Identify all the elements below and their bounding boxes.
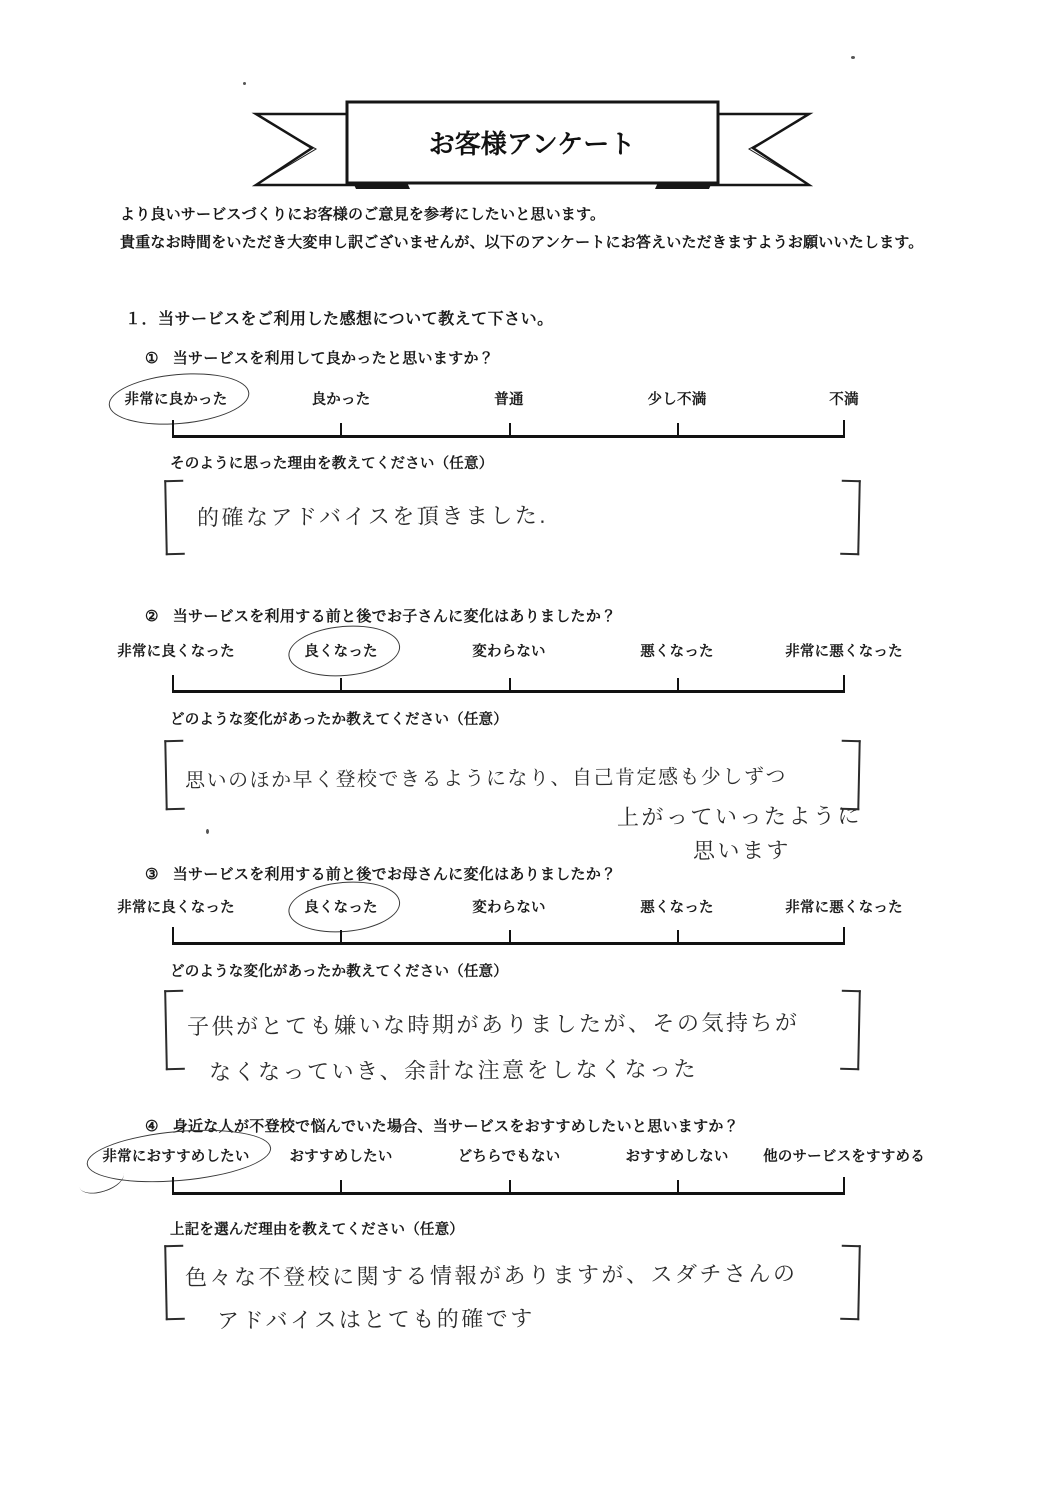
scan-speck [243, 82, 246, 85]
question-2-scale-line [172, 678, 845, 693]
question-1-title: ①当サービスを利用して良かったと思いますか？ [145, 347, 494, 368]
scale-option: 良かった [312, 388, 371, 409]
question-3-scale-options: 非常に良くなった 良くなった 変わらない 悪くなった 非常に悪くなった [0, 896, 1059, 918]
question-2-answer-box: 思いのほか早く登校できるようになり、自己肯定感も少しずつ 上がっていったように … [165, 740, 860, 810]
question-3-text: 当サービスを利用する前と後でお母さんに変化はありましたか？ [173, 866, 617, 883]
scale-option: 非常に良くなった [117, 640, 235, 661]
scale-option-selected: 非常におすすめしたい [102, 1145, 249, 1166]
question-4-text: 身近な人が不登校で悩んでいた場合、当サービスをおすすめしたいと思いますか？ [173, 1118, 739, 1135]
scale-tick [172, 675, 174, 690]
scale-option: おすすめしない [625, 1145, 728, 1166]
scale-tick [843, 1177, 845, 1192]
question-4-comment-prompt: 上記を選んだ理由を教えてください（任意） [170, 1218, 464, 1239]
question-1-comment-prompt: そのように思った理由を教えてください（任意） [170, 452, 493, 473]
question-3-number: ③ [145, 866, 159, 883]
scale-tick [509, 678, 511, 690]
handwritten-answer-line: アドバイスはとても的確です [217, 1302, 535, 1335]
question-1-scale-options: 非常に良かった 良かった 普通 少し不満 不満 [0, 388, 1059, 410]
question-2-scale-options: 非常に良くなった 良くなった 変わらない 悪くなった 非常に悪くなった [0, 640, 1059, 662]
handwritten-answer-line: 思いのほか早く登校できるようになり、自己肯定感も少しずつ [185, 760, 787, 793]
question-1-scale-line [172, 423, 845, 438]
scan-speck [851, 56, 855, 59]
question-2-text: 当サービスを利用する前と後でお子さんに変化はありましたか？ [173, 608, 617, 625]
banner-title: お客様アンケート [429, 129, 635, 159]
question-4-answer-box: 色々な不登校に関する情報がありますが、スダチさんの アドバイスはとても的確です [165, 1245, 860, 1320]
scale-tick [843, 927, 845, 942]
question-2-number: ② [145, 608, 159, 625]
handwritten-answer-line: 的確なアドバイスを頂きました. [197, 499, 548, 532]
question-1-number: ① [145, 350, 159, 367]
scale-option: 少し不満 [648, 388, 707, 409]
scale-tick [843, 675, 845, 690]
scanned-survey-page: お客様アンケート より良いサービスづくりにお客様のご意見を参考にしたいと思います… [0, 0, 1059, 1498]
scale-tick [509, 930, 511, 942]
scale-option: 非常に良くなった [117, 896, 235, 917]
question-4-scale-line [172, 1180, 845, 1195]
scale-tick [509, 1180, 511, 1192]
question-2-title: ②当サービスを利用する前と後でお子さんに変化はありましたか？ [145, 605, 616, 626]
handwritten-answer-line: なくなっていき、余計な注意をしなくなった [209, 1052, 698, 1086]
question-1-answer-box: 的確なアドバイスを頂きました. [165, 480, 860, 555]
banner-ribbon: お客様アンケート [250, 98, 815, 193]
question-1-text: 当サービスを利用して良かったと思いますか？ [173, 350, 494, 367]
scale-tick [340, 423, 342, 435]
question-3-answer-box: 子供がとても嫌いな時期がありましたが、その気持ちが なくなっていき、余計な注意を… [165, 990, 860, 1070]
scan-speck [206, 829, 209, 834]
scale-option: 他のサービスをすすめる [763, 1145, 925, 1166]
scale-tick [172, 927, 174, 942]
scale-option: 普通 [494, 388, 523, 409]
question-3-title: ③当サービスを利用する前と後でお母さんに変化はありましたか？ [145, 863, 616, 884]
scale-option: 変わらない [472, 640, 546, 661]
question-4-scale-options: 非常におすすめしたい おすすめしたい どちらでもない おすすめしない 他のサービ… [0, 1145, 1059, 1167]
scale-tick [677, 678, 679, 690]
handwritten-answer-line: 上がっていったように [617, 799, 862, 832]
intro-line-2: 貴重なお時間をいただき大変申し訳ございませんが、以下のアンケートにお答えいただき… [120, 231, 924, 252]
scale-tick [677, 423, 679, 435]
scale-option: おすすめしたい [289, 1145, 392, 1166]
scale-tick [340, 930, 342, 942]
handwritten-answer-line: 色々な不登校に関する情報がありますが、スダチさんの [185, 1257, 798, 1292]
scale-option: 不満 [829, 388, 858, 409]
scale-tick [843, 420, 845, 435]
scale-option: 変わらない [472, 896, 546, 917]
handwritten-answer-line: 子供がとても嫌いな時期がありましたが、その気持ちが [187, 1006, 800, 1041]
scale-option: 非常に悪くなった [785, 640, 903, 661]
section-heading: １．当サービスをご利用した感想について教えて下さい。 [125, 306, 554, 329]
intro-line-1: より良いサービスづくりにお客様のご意見を参考にしたいと思います。 [120, 203, 605, 224]
scale-tick [172, 1177, 174, 1192]
question-3-comment-prompt: どのような変化があったか教えてください（任意） [170, 960, 508, 981]
scale-tick [677, 1180, 679, 1192]
scale-option-selected: 良くなった [304, 640, 378, 661]
ribbon-right-tail [707, 114, 809, 185]
ribbon-left-tail [256, 114, 358, 185]
scale-tick [677, 930, 679, 942]
scale-option: 悪くなった [640, 640, 714, 661]
scale-tick [172, 420, 174, 435]
scale-tick [509, 423, 511, 435]
question-3-scale-line [172, 930, 845, 945]
scale-option-selected: 良くなった [304, 896, 378, 917]
scale-option: 非常に悪くなった [785, 896, 903, 917]
handwritten-answer-line: 思います [693, 834, 791, 866]
scale-option: どちらでもない [458, 1145, 561, 1166]
scale-tick [340, 1180, 342, 1192]
scale-tick [340, 678, 342, 690]
scale-option: 悪くなった [640, 896, 714, 917]
question-2-comment-prompt: どのような変化があったか教えてください（任意） [170, 708, 508, 729]
scale-option-selected: 非常に良かった [125, 388, 228, 409]
